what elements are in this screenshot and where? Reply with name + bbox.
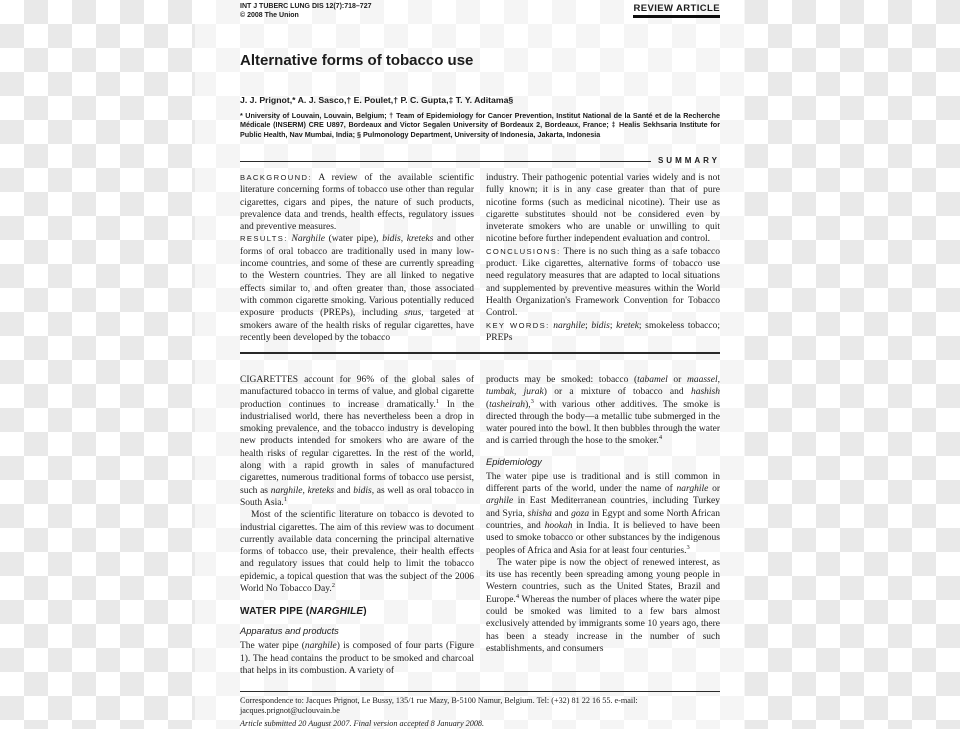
article-type-badge: REVIEW ARTICLE — [633, 3, 720, 18]
footnote-area: Correspondence to: Jacques Prignot, Le B… — [240, 691, 720, 728]
text-segment: snus — [404, 308, 421, 318]
affiliations: * University of Louvain, Louvain, Belgiu… — [240, 111, 720, 139]
summary-right-column: industry. Their pathogenic potential var… — [486, 172, 720, 350]
text-segment: or — [708, 484, 720, 494]
text-segment: tabamel — [637, 375, 668, 385]
paragraph: products may be smoked: tobacco (tabamel… — [486, 374, 720, 448]
text-segment: industry. Their pathogenic potential var… — [486, 173, 720, 244]
text-segment: and — [334, 486, 353, 496]
footer-rule — [240, 691, 720, 692]
text-segment: and other forms of oral tobacco are trad… — [240, 234, 474, 318]
summary-heading: SUMMARY — [658, 156, 720, 165]
text-segment: (water pipe), — [325, 234, 382, 244]
text-segment: WATER PIPE ( — [240, 606, 309, 617]
text-segment: KEY WORDS: — [486, 321, 550, 330]
paragraph: CIGARETTES account for 96% of the global… — [240, 374, 474, 509]
summary-body-divider — [240, 352, 720, 354]
paragraph: CONCLUSIONS: There is no such thing as a… — [486, 246, 720, 320]
body-left-column: CIGARETTES account for 96% of the global… — [240, 374, 474, 677]
reference-superscript: 1 — [284, 496, 287, 503]
text-segment: arghile — [486, 496, 513, 506]
journal-header: INT J TUBERC LUNG DIS 12(7):718–727 © 20… — [240, 3, 720, 21]
text-segment: kretek — [616, 321, 639, 331]
submission-note: Article submitted 20 August 2007. Final … — [240, 719, 720, 728]
copyright-line: © 2008 The Union — [240, 12, 371, 21]
text-segment: shisha — [528, 509, 552, 519]
paragraph: Most of the scientific literature on tob… — [240, 509, 474, 595]
reference-superscript: 3 — [686, 543, 689, 550]
paragraph: RESULTS: Narghile (water pipe), bidis, k… — [240, 233, 474, 344]
text-segment: In the industrialised world, there has n… — [240, 400, 474, 496]
text-segment: ) — [363, 606, 367, 617]
section-heading: WATER PIPE (NARGHILE) — [240, 606, 474, 617]
text-segment: goza — [571, 509, 589, 519]
article-body: CIGARETTES account for 96% of the global… — [240, 374, 720, 677]
summary-section: BACKGROUND: A review of the available sc… — [240, 172, 720, 350]
text-segment: narghile — [677, 484, 709, 494]
paragraph: The water pipe (narghile) is composed of… — [240, 640, 474, 677]
subsection-heading: Apparatus and products — [240, 626, 474, 636]
text-segment: ) or a mixture of tobacco and — [544, 387, 691, 397]
text-segment: hookah — [545, 521, 573, 531]
text-segment: bidis, kreteks — [382, 234, 433, 244]
text-segment: bidis — [591, 321, 609, 331]
transparency-checkerboard: { "colors": { "checker_light": "#ffffff"… — [0, 0, 960, 729]
paragraph: KEY WORDS: narghile; bidis; kretek; smok… — [486, 320, 720, 345]
text-segment: Most of the scientific literature on tob… — [240, 510, 474, 594]
text-segment: NARGHILE — [309, 606, 363, 617]
text-segment: narghile, kreteks — [271, 486, 334, 496]
paragraph: The water pipe is now the object of rene… — [486, 557, 720, 655]
authors-line: J. J. Prignot,* A. J. Sasco,† E. Poulet,… — [240, 95, 720, 105]
text-segment: tasheirah — [489, 400, 525, 410]
text-segment: and — [552, 509, 571, 519]
subsection-heading: Epidemiology — [486, 457, 720, 467]
reference-superscript: 2 — [332, 582, 335, 589]
text-segment: There is no such thing as a safe tobacco… — [486, 247, 720, 318]
correspondence-note: Correspondence to: Jacques Prignot, Le B… — [240, 696, 720, 716]
text-segment: The water pipe ( — [240, 641, 305, 651]
reference-superscript: 4 — [659, 434, 662, 441]
summary-header: SUMMARY — [240, 156, 720, 165]
text-segment: hashish — [691, 387, 720, 397]
text-segment: narghile — [553, 321, 585, 331]
text-segment: RESULTS: — [240, 234, 288, 243]
text-segment: Whereas the number of places where the w… — [486, 595, 720, 654]
text-segment: narghile — [305, 641, 337, 651]
text-segment: Narghile — [292, 234, 325, 244]
page-title: Alternative forms of tobacco use — [240, 52, 720, 69]
text-segment: products may be smoked: tobacco ( — [486, 375, 637, 385]
paragraph: BACKGROUND: A review of the available sc… — [240, 172, 474, 233]
summary-left-column: BACKGROUND: A review of the available sc… — [240, 172, 474, 350]
text-segment: Apparatus and products — [240, 626, 339, 636]
text-segment: CONCLUSIONS: — [486, 247, 561, 256]
text-segment: Epidemiology — [486, 457, 542, 467]
text-segment: or — [668, 375, 687, 385]
article-page: INT J TUBERC LUNG DIS 12(7):718–727 © 20… — [240, 0, 720, 729]
journal-citation: INT J TUBERC LUNG DIS 12(7):718–727 — [240, 3, 371, 12]
summary-rule — [240, 161, 651, 163]
paragraph: The water pipe use is traditional and is… — [486, 471, 720, 557]
journal-reference: INT J TUBERC LUNG DIS 12(7):718–727 © 20… — [240, 3, 371, 21]
paragraph: industry. Their pathogenic potential var… — [486, 172, 720, 246]
body-right-column: products may be smoked: tobacco (tabamel… — [486, 374, 720, 677]
text-segment: bidis — [353, 486, 371, 496]
text-segment: BACKGROUND: — [240, 173, 312, 182]
